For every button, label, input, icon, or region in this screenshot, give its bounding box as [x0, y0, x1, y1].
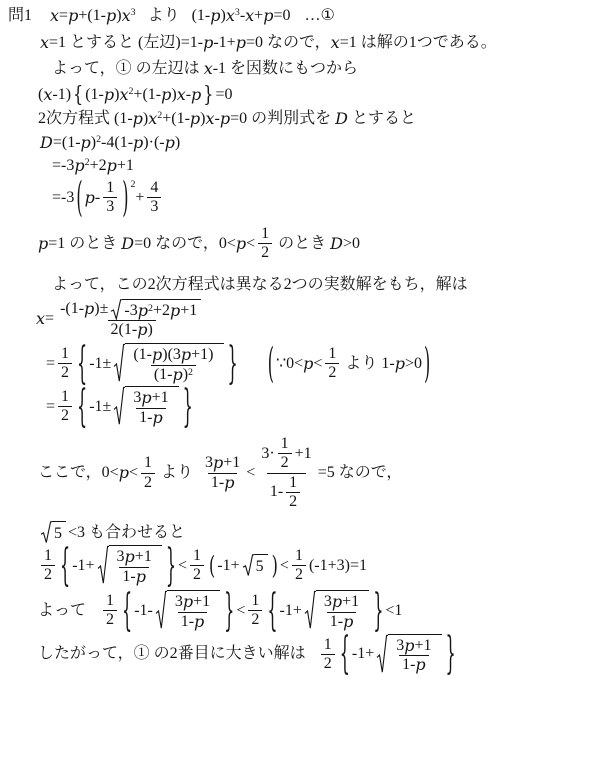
math-text: より 1- [345, 354, 394, 374]
power-base: x [226, 6, 235, 26]
sqrt-arg: -3p2+2p+1 [122, 299, 201, 320]
fence-content: -1±(1-p)(3p+1)(1-p)2 [88, 343, 226, 384]
math-text: =0 なので， [246, 33, 331, 53]
fraction: 12 [248, 592, 262, 630]
math-text: よって，この2次方程式は異なる2つの実数解をもち，解は [52, 275, 468, 295]
math-text: 3 [117, 548, 125, 566]
open-delimiter: { [121, 589, 133, 633]
numerator: (1-p)(3p+1) [130, 346, 216, 364]
line-12: =12{-1±(1-p)(3p+1)(1-p)2}(∵0<p<12より 1-p>… [46, 343, 595, 384]
line-4: (x-1){(1-p)x2+(1-p)x-p}=0 [38, 85, 595, 105]
math-var: D [121, 234, 134, 254]
sqrt: 3p+11-p [98, 545, 162, 586]
math-text: 1- [211, 474, 224, 492]
math-var: p [85, 188, 95, 208]
math-text: =1 とすると (左辺)=1- [49, 33, 203, 53]
fraction: 12 [103, 592, 117, 630]
fence-content: -1+3p+11-p [279, 590, 373, 631]
math-var: p [152, 346, 162, 364]
math-var: p [263, 6, 273, 26]
fence: {-1-3p+11-p} [121, 590, 235, 631]
numerator: 1 [278, 435, 292, 453]
spacer [306, 654, 318, 655]
math-text: 2 [251, 611, 259, 629]
math-text: 2 [44, 566, 52, 584]
math-var: p [104, 85, 114, 105]
math-var: x [122, 6, 131, 26]
math-text: 1 [261, 225, 269, 243]
sqrt: 3p+11-p [305, 590, 369, 631]
line-1: 問1x=p+(1-p)x3より(1-p)x3-x+p=0…① [8, 6, 595, 26]
math-text: < [280, 556, 289, 576]
math-text: 1- [181, 613, 194, 631]
math-text: 1 [281, 435, 289, 453]
spacer [240, 363, 266, 364]
open-delimiter: ( [75, 177, 83, 218]
math-var: x [206, 109, 215, 129]
sqrt-arg: 3p+11-p [167, 590, 220, 631]
math-var: p [395, 354, 405, 374]
sqrt-arg: 3p+11-p [388, 634, 441, 675]
math-var: x [331, 33, 340, 53]
math-text: …① [304, 6, 334, 26]
numerator: 1 [190, 547, 204, 565]
radical-icon [111, 299, 122, 320]
math-text: 1 [324, 636, 332, 654]
power: (p-13)2 [74, 179, 135, 217]
math-text: =0 [273, 6, 290, 26]
superscript: 2 [188, 367, 193, 378]
math-text: =1 は解の1つである。 [340, 33, 497, 53]
numerator: 1 [41, 547, 55, 565]
open-delimiter: { [76, 384, 88, 428]
power-base: x [148, 109, 157, 129]
fraction: 12 [258, 225, 272, 263]
math-text: -1+ [352, 644, 374, 664]
math-text: = [46, 354, 55, 374]
math-text: -1) [52, 85, 71, 105]
denominator: 2 [278, 453, 292, 472]
math-text: 1- [139, 409, 152, 427]
numerator: 3p+1 [393, 637, 434, 655]
close-delimiter: } [182, 384, 194, 428]
numerator: 1 [286, 474, 300, 492]
math-text: ) [175, 133, 180, 153]
math-var: p [183, 593, 193, 611]
math-text: 2次方程式 (1- [38, 109, 133, 129]
math-text: 1 [251, 592, 259, 610]
math-text: -3 [124, 302, 137, 320]
numerator: 1 [258, 225, 272, 243]
denominator: 2 [286, 492, 300, 511]
sqrt-arg: 3p+11-p [125, 386, 178, 427]
fraction: 3p+11-p [130, 389, 171, 427]
math-text: < [236, 601, 245, 621]
math-text: -1± [89, 354, 111, 374]
line-11: x=-(1-p)±-3p2+2p+12(1-p) [36, 299, 595, 340]
fraction: 3p+11-p [393, 637, 434, 675]
open-delimiter: { [266, 589, 278, 633]
math-text: -1- [134, 601, 153, 621]
math-text: 1- [402, 656, 415, 674]
fence-content: -1+3p+11-p [71, 545, 165, 586]
numerator: 1 [321, 636, 335, 654]
denominator: 2 [58, 406, 72, 425]
fraction: (1-p)(3p+1)(1-p)2 [130, 346, 216, 384]
denominator: 2 [292, 565, 306, 584]
math-text: 1 [106, 592, 114, 610]
math-var: p [133, 109, 143, 129]
denominator: 2 [41, 565, 55, 584]
math-text: 1 [61, 345, 69, 363]
math-text: +(1- [162, 109, 190, 129]
math-text: +1 [414, 637, 431, 655]
fraction: 12 [292, 547, 306, 585]
fence-content: -1-3p+11-p [133, 590, 223, 631]
math-var: p [133, 133, 143, 153]
math-var: p [137, 321, 147, 339]
denominator: 1-p [178, 612, 208, 631]
math-text: )± [94, 300, 108, 318]
open-delimiter: ( [208, 553, 216, 578]
math-text: +1 [152, 389, 169, 407]
fraction: 12 [41, 547, 55, 585]
sqrt: (1-p)(3p+1)(1-p)2 [114, 343, 223, 384]
math-text: 2(1- [111, 321, 138, 339]
sqrt-arg: 3p+11-p [316, 590, 369, 631]
math-var: p [107, 156, 117, 176]
math-text: +1 [180, 302, 197, 320]
fence: (p-13) [75, 179, 129, 217]
math-var: p [236, 33, 246, 53]
math-var: p [106, 6, 116, 26]
fence-content: (1-p)x2+(1-p)x-p [84, 85, 202, 105]
math-text: -1+ [72, 556, 94, 576]
close-delimiter: } [372, 589, 384, 633]
denominator: 2 [103, 610, 117, 629]
fraction: 12 [278, 435, 292, 473]
math-text: = [46, 397, 55, 417]
fraction: 12 [190, 547, 204, 585]
math-text: =-3 [52, 156, 74, 176]
denominator: 2 [321, 654, 335, 673]
math-text: -4(1- [101, 133, 133, 153]
math-text: 2 [324, 655, 332, 673]
math-text: 1 [328, 345, 336, 363]
fence: {-1±3p+11-p} [76, 386, 194, 427]
radical-icon [305, 590, 316, 631]
math-var: p [303, 354, 313, 374]
line-5: 2次方程式 (1-p)x2+(1-p)x-p=0 の判別式を D とすると [38, 109, 595, 129]
fraction: 3·12+11-12 [258, 435, 314, 512]
math-var: p [170, 302, 180, 320]
math-var: p [38, 234, 48, 254]
numerator: 1 [103, 179, 117, 197]
close-delimiter: } [445, 632, 457, 676]
math-text: =0 [215, 85, 232, 105]
power-base: (p-13) [74, 179, 130, 217]
math-text: =0 の判別式を [230, 109, 335, 129]
math-text: = [59, 6, 68, 26]
math-var: x [40, 33, 49, 53]
math-text: 1 [106, 179, 114, 197]
line-17: よって12{-1-3p+11-p}<12{-1+3p+11-p}<1 [38, 590, 595, 631]
math-text: とすると [348, 109, 416, 129]
line-10: よって，この2次方程式は異なる2つの実数解をもち，解は [52, 275, 595, 295]
math-var: p [81, 133, 91, 153]
math-text: +(1- [133, 85, 161, 105]
math-var: p [136, 568, 146, 586]
close-delimiter: ) [423, 343, 431, 384]
math-text: 2 [106, 611, 114, 629]
math-text: + [135, 188, 144, 208]
math-text: 1 [61, 388, 69, 406]
sqrt: 3p+11-p [114, 386, 178, 427]
math-text: したがって，① の2番目に大きい解は [38, 644, 306, 664]
math-text: 3 [205, 454, 213, 472]
power-base: x [119, 85, 128, 105]
math-var: x [245, 6, 254, 26]
math-var: p [84, 300, 94, 318]
power: p2 [138, 302, 153, 320]
math-var: p [415, 656, 425, 674]
math-document: 問1x=p+(1-p)x3より(1-p)x3-x+p=0…①x=1 とすると (… [0, 0, 599, 760]
math-text: < [178, 556, 187, 576]
power: x3 [226, 6, 240, 26]
numerator: 1 [58, 388, 72, 406]
math-text: 3 [396, 637, 404, 655]
math-var: p [119, 463, 129, 483]
close-delimiter: } [227, 342, 239, 386]
numerator: 3p+1 [130, 389, 171, 407]
math-text: 3 [106, 198, 114, 216]
radical-icon [114, 343, 125, 384]
fence: {-1+3p+11-p} [266, 590, 384, 631]
denominator: 1-p [208, 473, 238, 492]
math-text: +1 [295, 445, 312, 463]
line-15: 5<3 も合わせると [38, 521, 595, 544]
power: x3 [122, 6, 136, 26]
math-text: +1) [191, 346, 213, 364]
fraction: 12 [58, 345, 72, 383]
radical-icon [156, 590, 167, 631]
math-var: D [335, 109, 348, 129]
math-text: + [254, 6, 263, 26]
math-text: -(1- [60, 300, 84, 318]
math-text: 3 [175, 593, 183, 611]
numerator: 3p+1 [321, 593, 362, 611]
math-text: より [161, 463, 193, 483]
fence: {-1+3p+11-p} [339, 634, 457, 675]
math-text: 1 [289, 474, 297, 492]
math-var: p [125, 548, 135, 566]
math-var: p [194, 613, 204, 631]
math-text: - [95, 188, 100, 208]
line-2: x=1 とすると (左辺)=1-p-1+p=0 なので，x=1 は解の1つである… [40, 33, 595, 53]
fence: {-1±(1-p)(3p+1)(1-p)2} [76, 343, 239, 384]
math-text: )(3 [162, 346, 181, 364]
math-text: (1- [154, 366, 173, 384]
fraction: 3p+11-p [202, 454, 243, 492]
math-text: 1 [44, 547, 52, 565]
line-6: D=(1-p)2-4(1-p)·(-p) [40, 133, 595, 153]
math-text: よって，① の左辺は [52, 59, 204, 79]
math-var: p [153, 409, 163, 427]
numerator: -(1-p)±-3p2+2p+1 [57, 299, 206, 320]
radical-icon [243, 554, 254, 577]
close-delimiter: } [202, 84, 214, 106]
math-var: p [404, 637, 414, 655]
math-text: 1- [270, 483, 283, 501]
math-text: = [45, 309, 54, 329]
numerator: 1 [292, 547, 306, 565]
math-text: 2 [261, 244, 269, 262]
line-8: =-3(p-13)2+43 [52, 179, 595, 217]
math-var: x [50, 6, 59, 26]
math-text: 2 [61, 364, 69, 382]
math-var: p [141, 389, 151, 407]
math-text: ここで，0< [38, 463, 119, 483]
denominator: 2(1-p) [108, 320, 156, 339]
math-text: (1- [62, 133, 81, 153]
math-text: )·(- [143, 133, 164, 153]
math-text: <1 [385, 601, 402, 621]
power-base: p [138, 302, 148, 320]
spacer [180, 16, 192, 17]
math-var: x [204, 59, 213, 79]
fence: (∵0<p<12より 1-p>0) [267, 345, 432, 383]
numerator: 1 [103, 592, 117, 610]
denominator: 3 [147, 197, 161, 216]
fence-content: -1+5 [216, 554, 270, 577]
math-var: p [165, 133, 175, 153]
spacer [290, 16, 304, 17]
close-delimiter: ) [121, 177, 129, 218]
math-var: p [191, 85, 201, 105]
math-text: より [148, 6, 180, 26]
spacer [32, 16, 50, 17]
math-var: p [236, 234, 246, 254]
close-delimiter: ) [271, 553, 279, 578]
math-text: < [246, 234, 255, 254]
fence-content: -1+3p+11-p [351, 634, 445, 675]
math-var: x [119, 85, 128, 105]
sqrt-arg: (1-p)(3p+1)(1-p)2 [125, 343, 223, 384]
math-text: 2 [193, 566, 201, 584]
sqrt-arg: 5 [254, 554, 268, 577]
fence-content: ∵0<p<12より 1-p>0 [275, 345, 423, 383]
math-var: p [190, 109, 200, 129]
line-16: 12{-1+3p+11-p}<12(-1+5)<12(-1+3)=1 [38, 545, 595, 586]
math-text: 2 [61, 407, 69, 425]
denominator: 1-12 [267, 473, 306, 512]
radical-icon [41, 521, 52, 544]
numerator: 3p+1 [114, 548, 155, 566]
math-var: p [68, 6, 78, 26]
open-delimiter: { [72, 84, 84, 106]
denominator: 3 [103, 197, 117, 216]
line-13: =12{-1±3p+11-p} [46, 386, 595, 427]
math-var: p [224, 474, 234, 492]
math-var: p [203, 33, 213, 53]
math-text: ) [147, 321, 152, 339]
fence: {-1+3p+11-p} [59, 545, 177, 586]
math-text: >0 [405, 354, 422, 374]
denominator: 2 [190, 565, 204, 584]
open-delimiter: { [339, 632, 351, 676]
math-text: 1 [144, 454, 152, 472]
math-text: 1 [295, 547, 303, 565]
math-text: (1- [133, 346, 152, 364]
math-text: ∵0< [276, 354, 303, 374]
denominator: 1-p [399, 655, 429, 674]
fraction: 13 [103, 179, 117, 217]
fence-content: p-13 [84, 179, 122, 217]
line-14: ここで，0<p<12より3p+11-p<3·12+11-12=5 なので， [38, 435, 595, 512]
math-var: x [226, 6, 235, 26]
math-var: D [40, 133, 53, 153]
power-base: (1-p) [62, 133, 96, 153]
math-var: p [138, 302, 148, 320]
line-9: p=1 のとき D=0 なので，0<p<12のとき D>0 [38, 225, 595, 263]
math-text: (1- [192, 6, 211, 26]
numerator: 3p+1 [202, 454, 243, 472]
line-3: よって，① の左辺は x-1 を因数にもつから [52, 59, 595, 79]
close-delimiter: } [165, 544, 177, 588]
line-18: したがって，① の2番目に大きい解は12{-1+3p+11-p} [38, 634, 595, 675]
fraction: 3p+11-p [172, 593, 213, 631]
denominator: 2 [141, 473, 155, 492]
math-text: -1+ [280, 601, 302, 621]
fraction: 12 [321, 636, 335, 674]
fraction: 3p+11-p [114, 548, 155, 586]
math-text: -1± [89, 397, 111, 417]
spacer [86, 610, 100, 611]
sqrt: 3p+11-p [377, 634, 441, 675]
line-7: =-3p2+2p+1 [52, 156, 595, 176]
fence-content: -1±3p+11-p [88, 386, 181, 427]
radical-icon [98, 545, 109, 586]
math-var: p [181, 346, 191, 364]
sqrt: 3p+11-p [156, 590, 220, 631]
fence: {(1-p)x2+(1-p)x-p} [72, 85, 214, 105]
power: x2 [148, 109, 162, 129]
math-text: 2 [328, 364, 336, 382]
radical-icon [377, 634, 388, 675]
math-text: (1- [85, 85, 104, 105]
math-text: = [53, 133, 62, 153]
fraction: 12 [325, 345, 339, 383]
math-text: 1 [193, 547, 201, 565]
spacer [136, 16, 148, 17]
spacer [193, 473, 199, 474]
numerator: 3p+1 [172, 593, 213, 611]
math-text: =5 なので， [318, 463, 403, 483]
fraction: 12 [141, 454, 155, 492]
math-text: =0 なので，0< [134, 234, 236, 254]
math-text: (-1+3)=1 [309, 556, 367, 576]
denominator: 1-p [136, 408, 166, 427]
open-delimiter: ( [267, 343, 275, 384]
denominator: 2 [58, 363, 72, 382]
math-text: 2 [144, 474, 152, 492]
math-text: -1+ [217, 556, 239, 576]
math-text: 5 [256, 557, 264, 577]
math-text: +1 [223, 454, 240, 472]
math-text: =-3 [52, 188, 74, 208]
radical-icon [114, 386, 125, 427]
math-text: < [246, 463, 255, 483]
